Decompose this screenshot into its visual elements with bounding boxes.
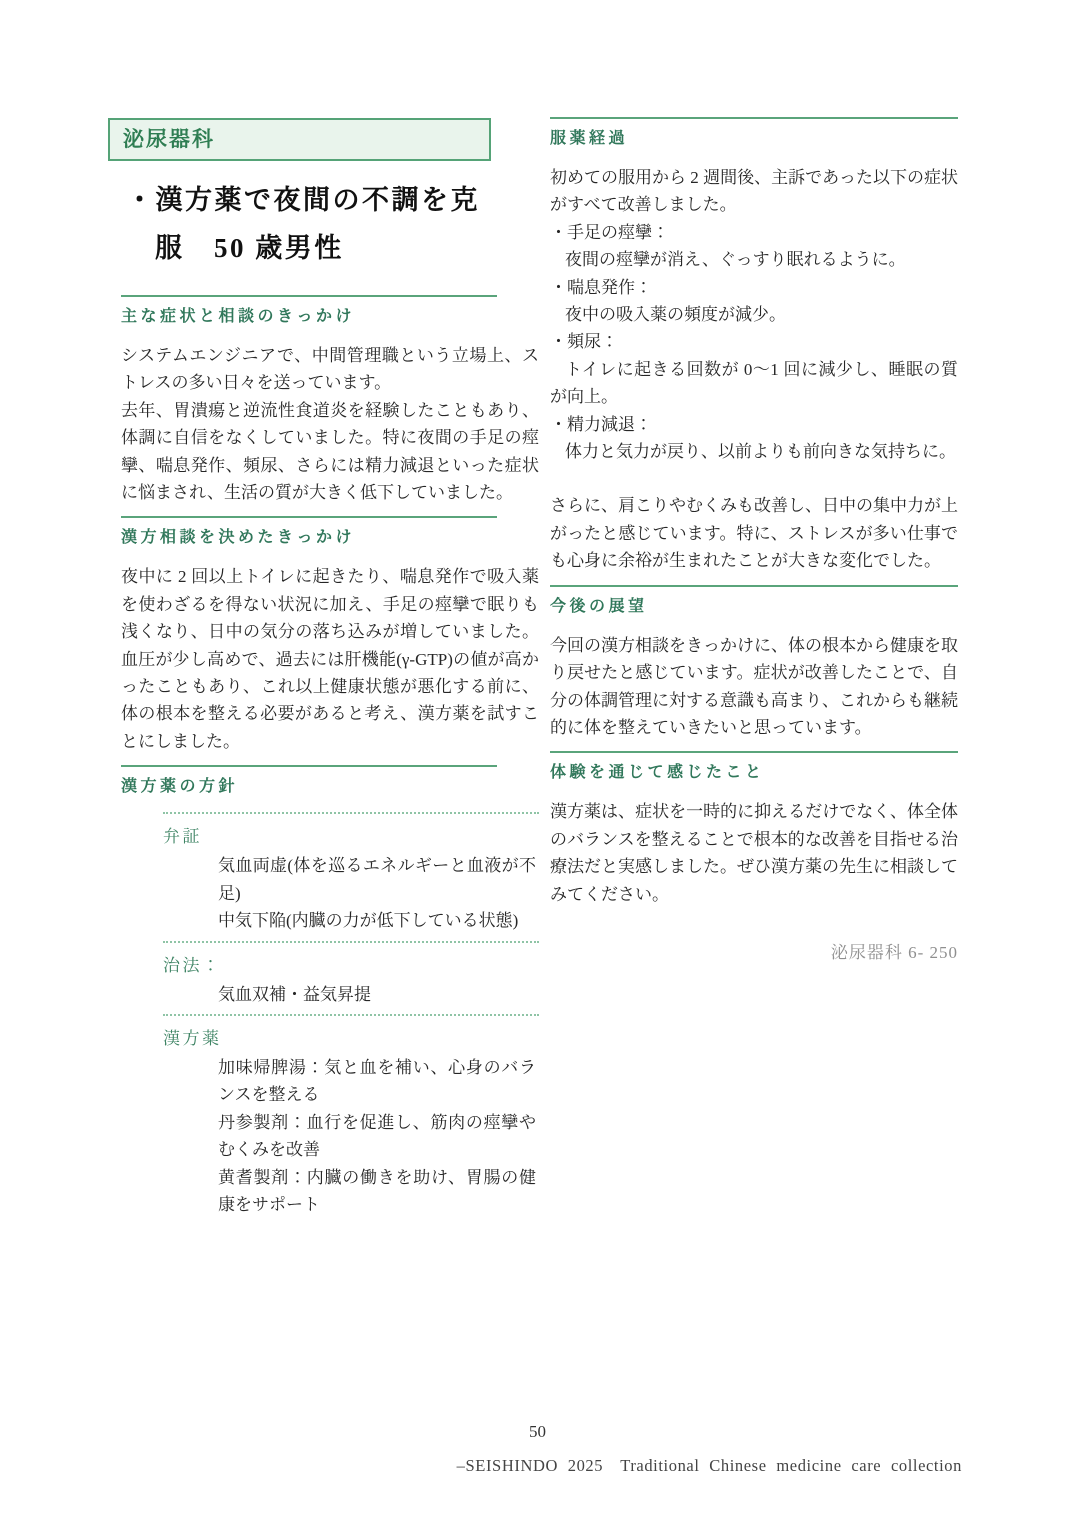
department-label: 泌尿器科 (123, 127, 215, 151)
case-title-line1: ・漢方薬で夜間の不調を克 (126, 176, 546, 224)
policy-item: 中気下陥(内臓の力が低下している状態) (218, 907, 536, 934)
policy-group-label: 治法： (163, 952, 539, 979)
paragraph: 去年、胃潰瘍と逆流性食道炎を経験したこともあり、体調に自信をなくしていました。特… (121, 397, 539, 507)
section-heading: 体験を通じて感じたこと (550, 761, 958, 785)
section-rule (550, 751, 958, 753)
symptom-item-result: 夜中の吸入薬の頻度が減少。 (550, 301, 958, 328)
symptom-item-result: 夜間の痙攣が消え、ぐっすり眠れるように。 (550, 246, 958, 273)
section-heading: 服薬経過 (550, 127, 958, 151)
right-column: 服薬経過 初めての服用から 2 週間後、主訴であった以下の症状がすべて改善しまし… (550, 117, 958, 973)
policy-item: 黄耆製剤：内臓の働きを助け、胃腸の健康をサポート (218, 1164, 536, 1219)
policy-group-label: 弁証 (163, 823, 539, 850)
case-title-line2: 服 50 歳男性 (126, 224, 546, 272)
footer-credit: –SEISHINDO 2025 Traditional Chinese medi… (457, 1452, 962, 1476)
section-consultation-reason: 漢方相談を決めたきっかけ 夜中に 2 回以上トイレに起きたり、喘息発作で吸入薬を… (121, 516, 539, 755)
paragraph: 漢方薬は、症状を一時的に抑えるだけでなく、体全体のバランスを整えることで根本的な… (550, 798, 958, 908)
policy-item: 気血双補・益気昇提 (218, 981, 536, 1008)
policy-item: 加味帰脾湯：気と血を補い、心身のバランスを整える (218, 1054, 536, 1109)
section-rule (121, 765, 497, 767)
policy-group-diagnosis: 弁証 気血両虚(体を巡るエネルギーと血液が不足) 中気下陥(内臓の力が低下してい… (163, 812, 539, 934)
symptom-item-result: トイレに起きる回数が 0〜1 回に減少し、睡眠の質が向上。 (550, 356, 958, 411)
section-medication-course: 服薬経過 初めての服用から 2 週間後、主訴であった以下の症状がすべて改善しまし… (550, 117, 958, 575)
symptom-item-label: ・手足の痙攣： (550, 219, 958, 246)
policy-group-kampo-medicines: 漢方薬 加味帰脾湯：気と血を補い、心身のバランスを整える 丹参製剤：血行を促進し… (163, 1014, 539, 1218)
department-box: 泌尿器科 (108, 118, 491, 161)
section-rule (121, 295, 497, 297)
dotted-divider (163, 941, 539, 943)
section-main-symptoms: 主な症状と相談のきっかけ システムエンジニアで、中間管理職という立場上、ストレス… (121, 295, 539, 506)
policy-group-label: 漢方薬 (163, 1025, 539, 1052)
case-title: ・漢方薬で夜間の不調を克 服 50 歳男性 (126, 176, 546, 272)
section-heading: 主な症状と相談のきっかけ (121, 305, 539, 329)
paragraph: システムエンジニアで、中間管理職という立場上、ストレスの多い日々を送っています。 (121, 342, 539, 397)
policy-group-items: 気血双補・益気昇提 (218, 981, 536, 1008)
policy-group-items: 気血両虚(体を巡るエネルギーと血液が不足) 中気下陥(内臓の力が低下している状態… (218, 852, 536, 934)
symptom-item-result: 体力と気力が戻り、以前よりも前向きな気持ちに。 (550, 438, 958, 465)
left-column: 主な症状と相談のきっかけ システムエンジニアで、中間管理職という立場上、ストレス… (121, 295, 539, 1228)
paragraph: 今回の漢方相談をきっかけに、体の根本から健康を取り戻せたと感じています。症状が改… (550, 632, 958, 742)
paragraph: 夜中に 2 回以上トイレに起きたり、喘息発作で吸入薬を使わざるを得ない状況に加え… (121, 563, 539, 755)
course-summary: さらに、肩こりやむくみも改善し、日中の集中力が上がったと感じています。特に、スト… (550, 492, 958, 574)
section-rule (550, 585, 958, 587)
dotted-divider (163, 1014, 539, 1016)
paragraph: 初めての服用から 2 週間後、主訴であった以下の症状がすべて改善しました。 (550, 164, 958, 219)
policy-item: 気血両虚(体を巡るエネルギーと血液が不足) (218, 852, 536, 907)
section-rule (121, 516, 497, 518)
dotted-divider (163, 812, 539, 814)
case-reference: 泌尿器科 6- 250 (550, 938, 958, 963)
document-page: 泌尿器科 ・漢方薬で夜間の不調を克 服 50 歳男性 主な症状と相談のきっかけ … (0, 0, 1075, 1518)
section-reflection: 体験を通じて感じたこと 漢方薬は、症状を一時的に抑えるだけでなく、体全体のバラン… (550, 751, 958, 963)
page-number: 50 (0, 1422, 1075, 1442)
section-heading: 漢方薬の方針 (121, 775, 539, 799)
section-heading: 漢方相談を決めたきっかけ (121, 526, 539, 550)
policy-item: 丹参製剤：血行を促進し、筋肉の痙攣やむくみを改善 (218, 1109, 536, 1164)
section-future-outlook: 今後の展望 今回の漢方相談をきっかけに、体の根本から健康を取り戻せたと感じていま… (550, 585, 958, 742)
symptom-item-label: ・頻尿： (550, 328, 958, 355)
symptom-item-label: ・精力減退： (550, 411, 958, 438)
section-heading: 今後の展望 (550, 595, 958, 619)
symptom-item-label: ・喘息発作： (550, 274, 958, 301)
section-rule (550, 117, 958, 119)
section-kampo-policy: 漢方薬の方針 弁証 気血両虚(体を巡るエネルギーと血液が不足) 中気下陥(内臓の… (121, 765, 539, 1218)
policy-group-items: 加味帰脾湯：気と血を補い、心身のバランスを整える 丹参製剤：血行を促進し、筋肉の… (218, 1054, 536, 1218)
policy-group-treatment: 治法： 気血双補・益気昇提 (163, 941, 539, 1008)
